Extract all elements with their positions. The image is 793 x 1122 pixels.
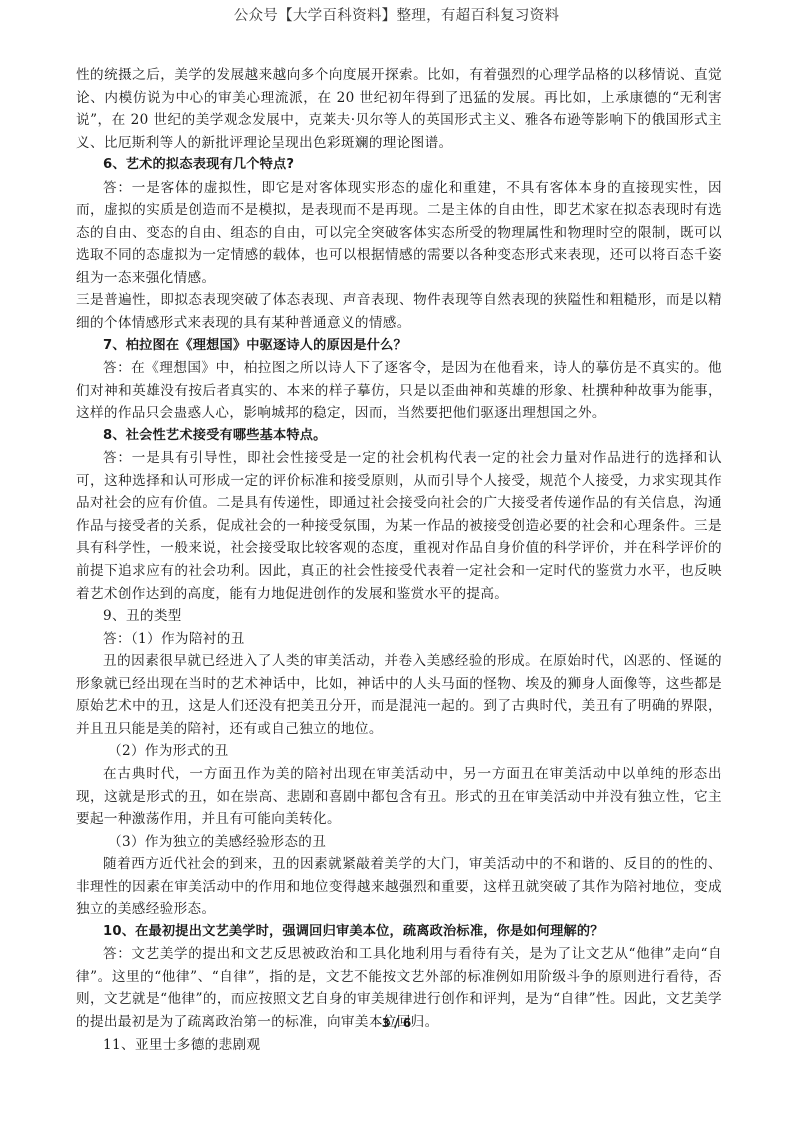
answer-paragraph-9-2: 在古典时代，一方面丑作为美的陪衬出现在审美活动中，另一方面丑在审美活动中以单纯的…	[76, 763, 722, 831]
answer-paragraph-7: 答：在《理想国》中，柏拉图之所以诗人下了逐客令，是因为在他看来，诗人的摹仿是不真…	[76, 357, 722, 425]
answer-subheading-9-1: 答：（1）作为陪衬的丑	[76, 628, 722, 651]
answer-paragraph-8: 答：一是具有引导性，即社会性接受是一定的社会机构代表一定的社会力量对作品进行的选…	[76, 447, 722, 605]
question-heading-6: 6、艺术的拟态表现有几个特点?	[76, 154, 722, 177]
question-heading-9: 9、丑的类型	[76, 605, 722, 628]
answer-subheading-9-3: （3）作为独立的美感经验形态的丑	[76, 831, 722, 854]
answer-paragraph-9-1: 丑的因素很早就已经进入了人类的审美活动，并卷入美感经验的形成。在原始时代，凶恶的…	[76, 650, 722, 740]
question-heading-11: 11、亚里士多德的悲剧观	[76, 1034, 722, 1057]
answer-subheading-9-2: （2）作为形式的丑	[76, 740, 722, 763]
page-header: 公众号【大学百科资料】整理，有超百科复习资料	[0, 4, 793, 25]
document-body: 性的统摄之后，美学的发展越来越向多个向度展开探索。比如，有着强烈的心理学品格的以…	[76, 64, 722, 1056]
question-heading-7: 7、柏拉图在《理想国》中驱逐诗人的原因是什么？	[76, 335, 722, 358]
question-heading-10: 10、在最初提出文艺美学时，强调回归审美本位，疏离政治标准，你是如何理解的？	[76, 921, 722, 944]
answer-paragraph-6: 答：一是客体的虚拟性，即它是对客体现实形态的虚化和重建，不具有客体本身的直接现实…	[76, 177, 722, 290]
page-number: 3 / 6	[0, 1016, 793, 1030]
question-heading-8: 8、社会性艺术接受有哪些基本特点。	[76, 425, 722, 448]
answer-paragraph-6-cont: 三是普遍性，即拟态表现突破了体态表现、声音表现、物件表现等自然表现的狭隘性和粗糙…	[76, 289, 722, 334]
paragraph-continuation: 性的统摄之后，美学的发展越来越向多个向度展开探索。比如，有着强烈的心理学品格的以…	[76, 64, 722, 154]
answer-paragraph-9-3: 随着西方近代社会的到来，丑的因素就紧敲着美学的大门，审美活动中的不和谐的、反目的…	[76, 853, 722, 921]
